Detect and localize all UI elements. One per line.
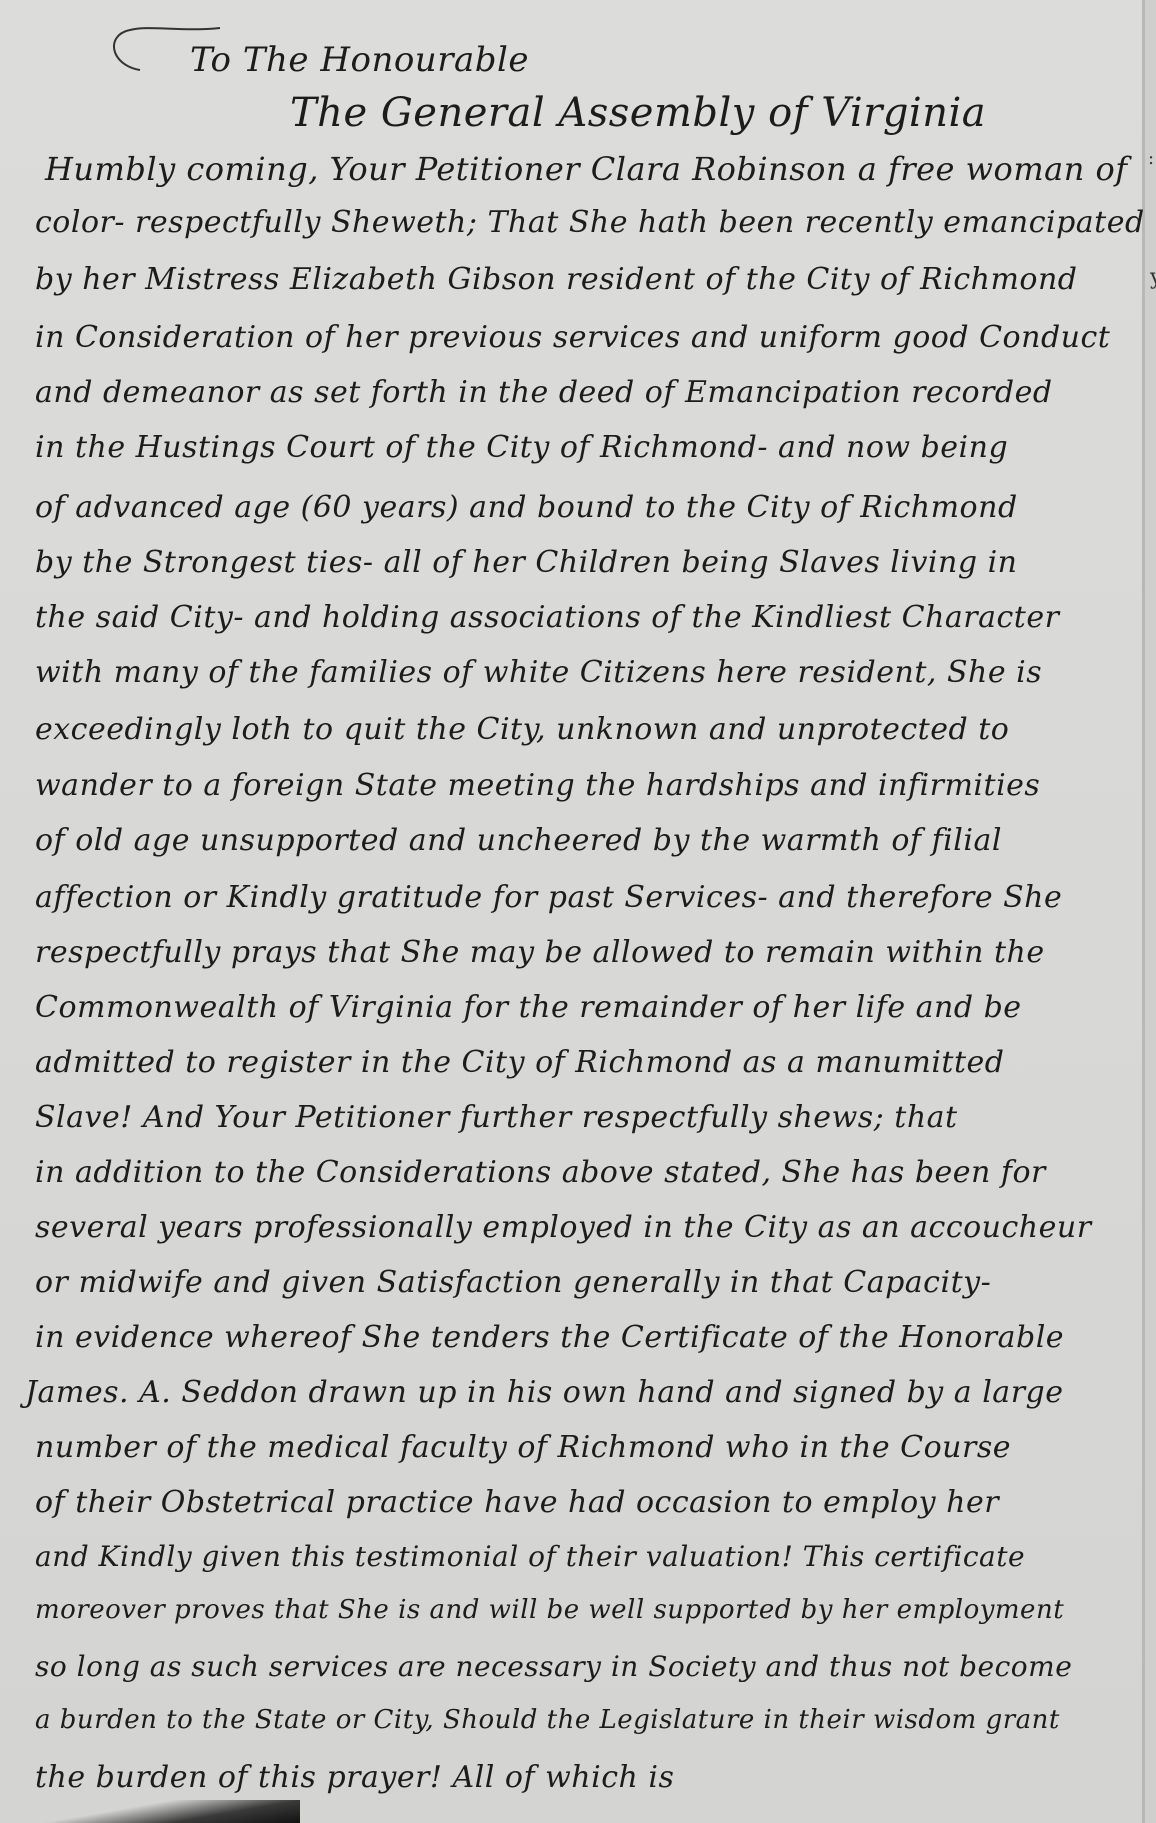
body-line: in addition to the Considerations above … [35, 1155, 1046, 1190]
body-line: of their Obstetrical practice have had o… [35, 1485, 999, 1520]
body-line: of advanced age (60 years) and bound to … [35, 490, 1018, 525]
body-line: so long as such services are necessary i… [35, 1650, 1072, 1683]
body-line: exceedingly loth to quit the City, unkno… [35, 712, 1009, 747]
margin-mark: : [1148, 148, 1154, 169]
margin-mark: y [1150, 265, 1156, 290]
body-line: Slave! And Your Petitioner further respe… [35, 1100, 958, 1135]
body-line: the said City- and holding associations … [35, 600, 1059, 635]
body-line: by her Mistress Elizabeth Gibson residen… [35, 262, 1078, 297]
body-line: color- respectfully Sheweth; That She ha… [35, 205, 1145, 240]
body-line: Humbly coming, Your Petitioner Clara Rob… [45, 150, 1128, 188]
body-line: and Kindly given this testimonial of the… [35, 1540, 1025, 1573]
body-line: admitted to register in the City of Rich… [35, 1045, 1004, 1080]
body-line: by the Strongest ties- all of her Childr… [35, 545, 1017, 580]
body-line: a burden to the State or City, Should th… [35, 1705, 1060, 1735]
body-line: James. A. Seddon drawn up in his own han… [25, 1375, 1064, 1410]
body-line: Commonwealth of Virginia for the remaind… [35, 990, 1022, 1025]
body-line: number of the medical faculty of Richmon… [35, 1430, 1011, 1465]
body-line: the burden of this prayer! All of which … [35, 1760, 674, 1795]
body-line: in Consideration of her previous service… [35, 320, 1110, 355]
salutation-line-1: To The Honourable [190, 40, 529, 80]
body-line: of old age unsupported and uncheered by … [35, 823, 1002, 858]
body-line: and demeanor as set forth in the deed of… [35, 375, 1053, 410]
body-line: in evidence whereof She tenders the Cert… [35, 1320, 1064, 1355]
body-line: in the Hustings Court of the City of Ric… [35, 430, 1008, 465]
salutation-line-2: The General Assembly of Virginia [290, 90, 986, 136]
page-fold-shadow [0, 1800, 300, 1823]
body-line: with many of the families of white Citiz… [35, 655, 1042, 690]
body-line: several years professionally employed in… [35, 1210, 1092, 1245]
manuscript-page: To The Honourable The General Assembly o… [0, 0, 1156, 1823]
body-line: affection or Kindly gratitude for past S… [35, 880, 1062, 915]
body-line: respectfully prays that She may be allow… [35, 935, 1045, 970]
body-line: moreover proves that She is and will be … [35, 1595, 1064, 1625]
body-line: or midwife and given Satisfaction genera… [35, 1265, 991, 1300]
body-line: wander to a foreign State meeting the ha… [35, 768, 1040, 803]
